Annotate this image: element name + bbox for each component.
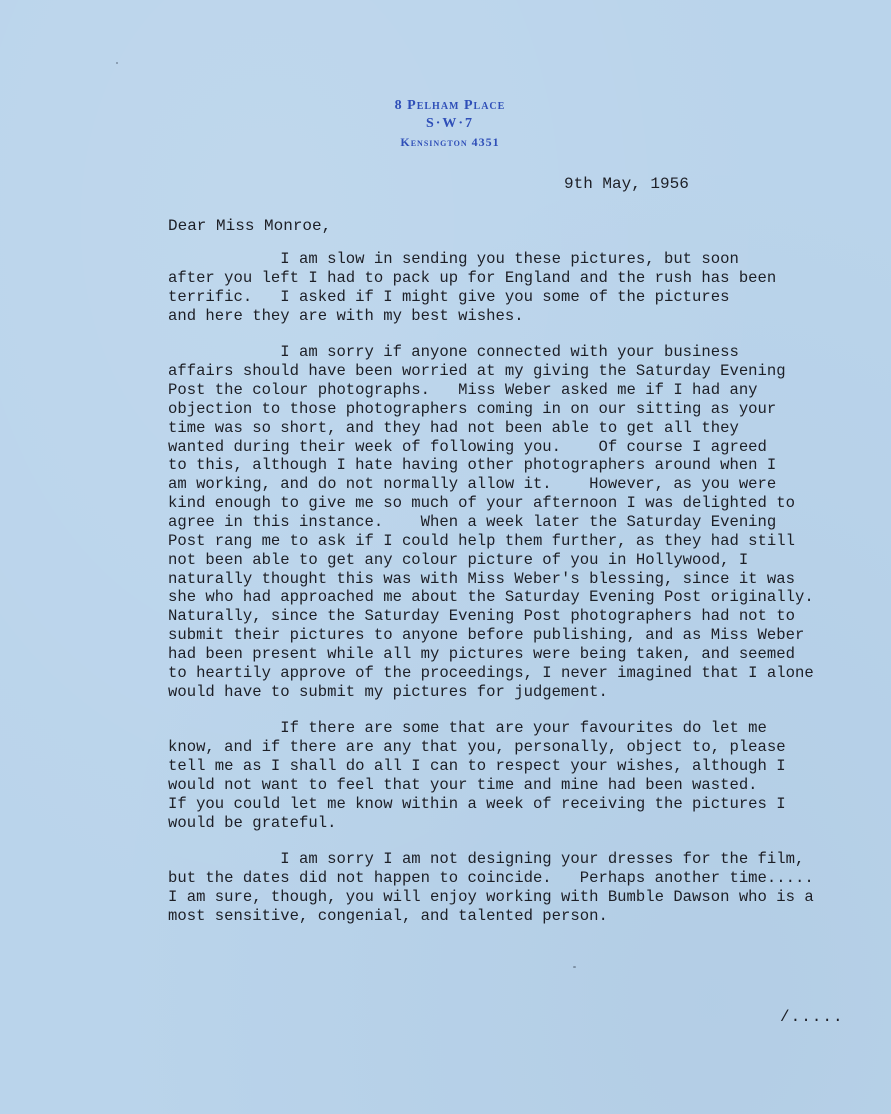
text-line: and here they are with my best wishes. xyxy=(168,307,868,326)
paragraph: I am sorry if anyone connected with your… xyxy=(168,343,868,701)
text-line: submit their pictures to anyone before p… xyxy=(168,626,868,645)
text-line: to this, although I hate having other ph… xyxy=(168,456,868,475)
text-line: Naturally, since the Saturday Evening Po… xyxy=(168,607,868,626)
text-line: I am sure, though, you will enjoy workin… xyxy=(168,888,868,907)
text-line: to heartily approve of the proceedings, … xyxy=(168,664,868,683)
text-line: would have to submit my pictures for jud… xyxy=(168,683,868,702)
paper-speck xyxy=(116,62,118,64)
text-line: If you could let me know within a week o… xyxy=(168,795,868,814)
text-line: tell me as I shall do all I can to respe… xyxy=(168,757,868,776)
letter-body: I am slow in sending you these pictures,… xyxy=(168,250,868,944)
text-line: am working, and do not normally allow it… xyxy=(168,475,868,494)
letterhead-address: 8 Pelham Place xyxy=(340,97,560,115)
text-line: after you left I had to pack up for Engl… xyxy=(168,269,868,288)
text-line: If there are some that are your favourit… xyxy=(168,719,868,738)
text-line: time was so short, and they had not been… xyxy=(168,419,868,438)
text-line: had been present while all my pictures w… xyxy=(168,645,868,664)
text-line: wanted during their week of following yo… xyxy=(168,438,868,457)
text-line: Post rang me to ask if I could help them… xyxy=(168,532,868,551)
salutation: Dear Miss Monroe, xyxy=(168,216,331,236)
text-line: I am slow in sending you these pictures,… xyxy=(168,250,868,269)
text-line: know, and if there are any that you, per… xyxy=(168,738,868,757)
text-line: not been able to get any colour picture … xyxy=(168,551,868,570)
text-line: objection to those photographers coming … xyxy=(168,400,868,419)
letter-date: 9th May, 1956 xyxy=(564,174,689,194)
text-line: kind enough to give me so much of your a… xyxy=(168,494,868,513)
text-line: I am sorry I am not designing your dress… xyxy=(168,850,868,869)
text-line: I am sorry if anyone connected with your… xyxy=(168,343,868,362)
letterhead: 8 Pelham Place S·W·7 Kensington 4351 xyxy=(340,97,560,151)
text-line: but the dates did not happen to coincide… xyxy=(168,869,868,888)
continuation-mark: /..... xyxy=(780,1008,844,1026)
text-line: most sensitive, congenial, and talented … xyxy=(168,907,868,926)
text-line: would be grateful. xyxy=(168,814,868,833)
text-line: naturally thought this was with Miss Web… xyxy=(168,570,868,589)
text-line: affairs should have been worried at my g… xyxy=(168,362,868,381)
letter-page: 8 Pelham Place S·W·7 Kensington 4351 9th… xyxy=(0,0,891,1114)
paragraph: I am slow in sending you these pictures,… xyxy=(168,250,868,325)
text-line: terrific. I asked if I might give you so… xyxy=(168,288,868,307)
paragraph: If there are some that are your favourit… xyxy=(168,719,868,832)
paper-speck xyxy=(573,966,576,968)
text-line: agree in this instance. When a week late… xyxy=(168,513,868,532)
letterhead-district: S·W·7 xyxy=(340,115,560,133)
paragraph: I am sorry I am not designing your dress… xyxy=(168,850,868,925)
letterhead-telephone: Kensington 4351 xyxy=(340,133,560,151)
text-line: Post the colour photographs. Miss Weber … xyxy=(168,381,868,400)
text-line: she who had approached me about the Satu… xyxy=(168,588,868,607)
text-line: would not want to feel that your time an… xyxy=(168,776,868,795)
